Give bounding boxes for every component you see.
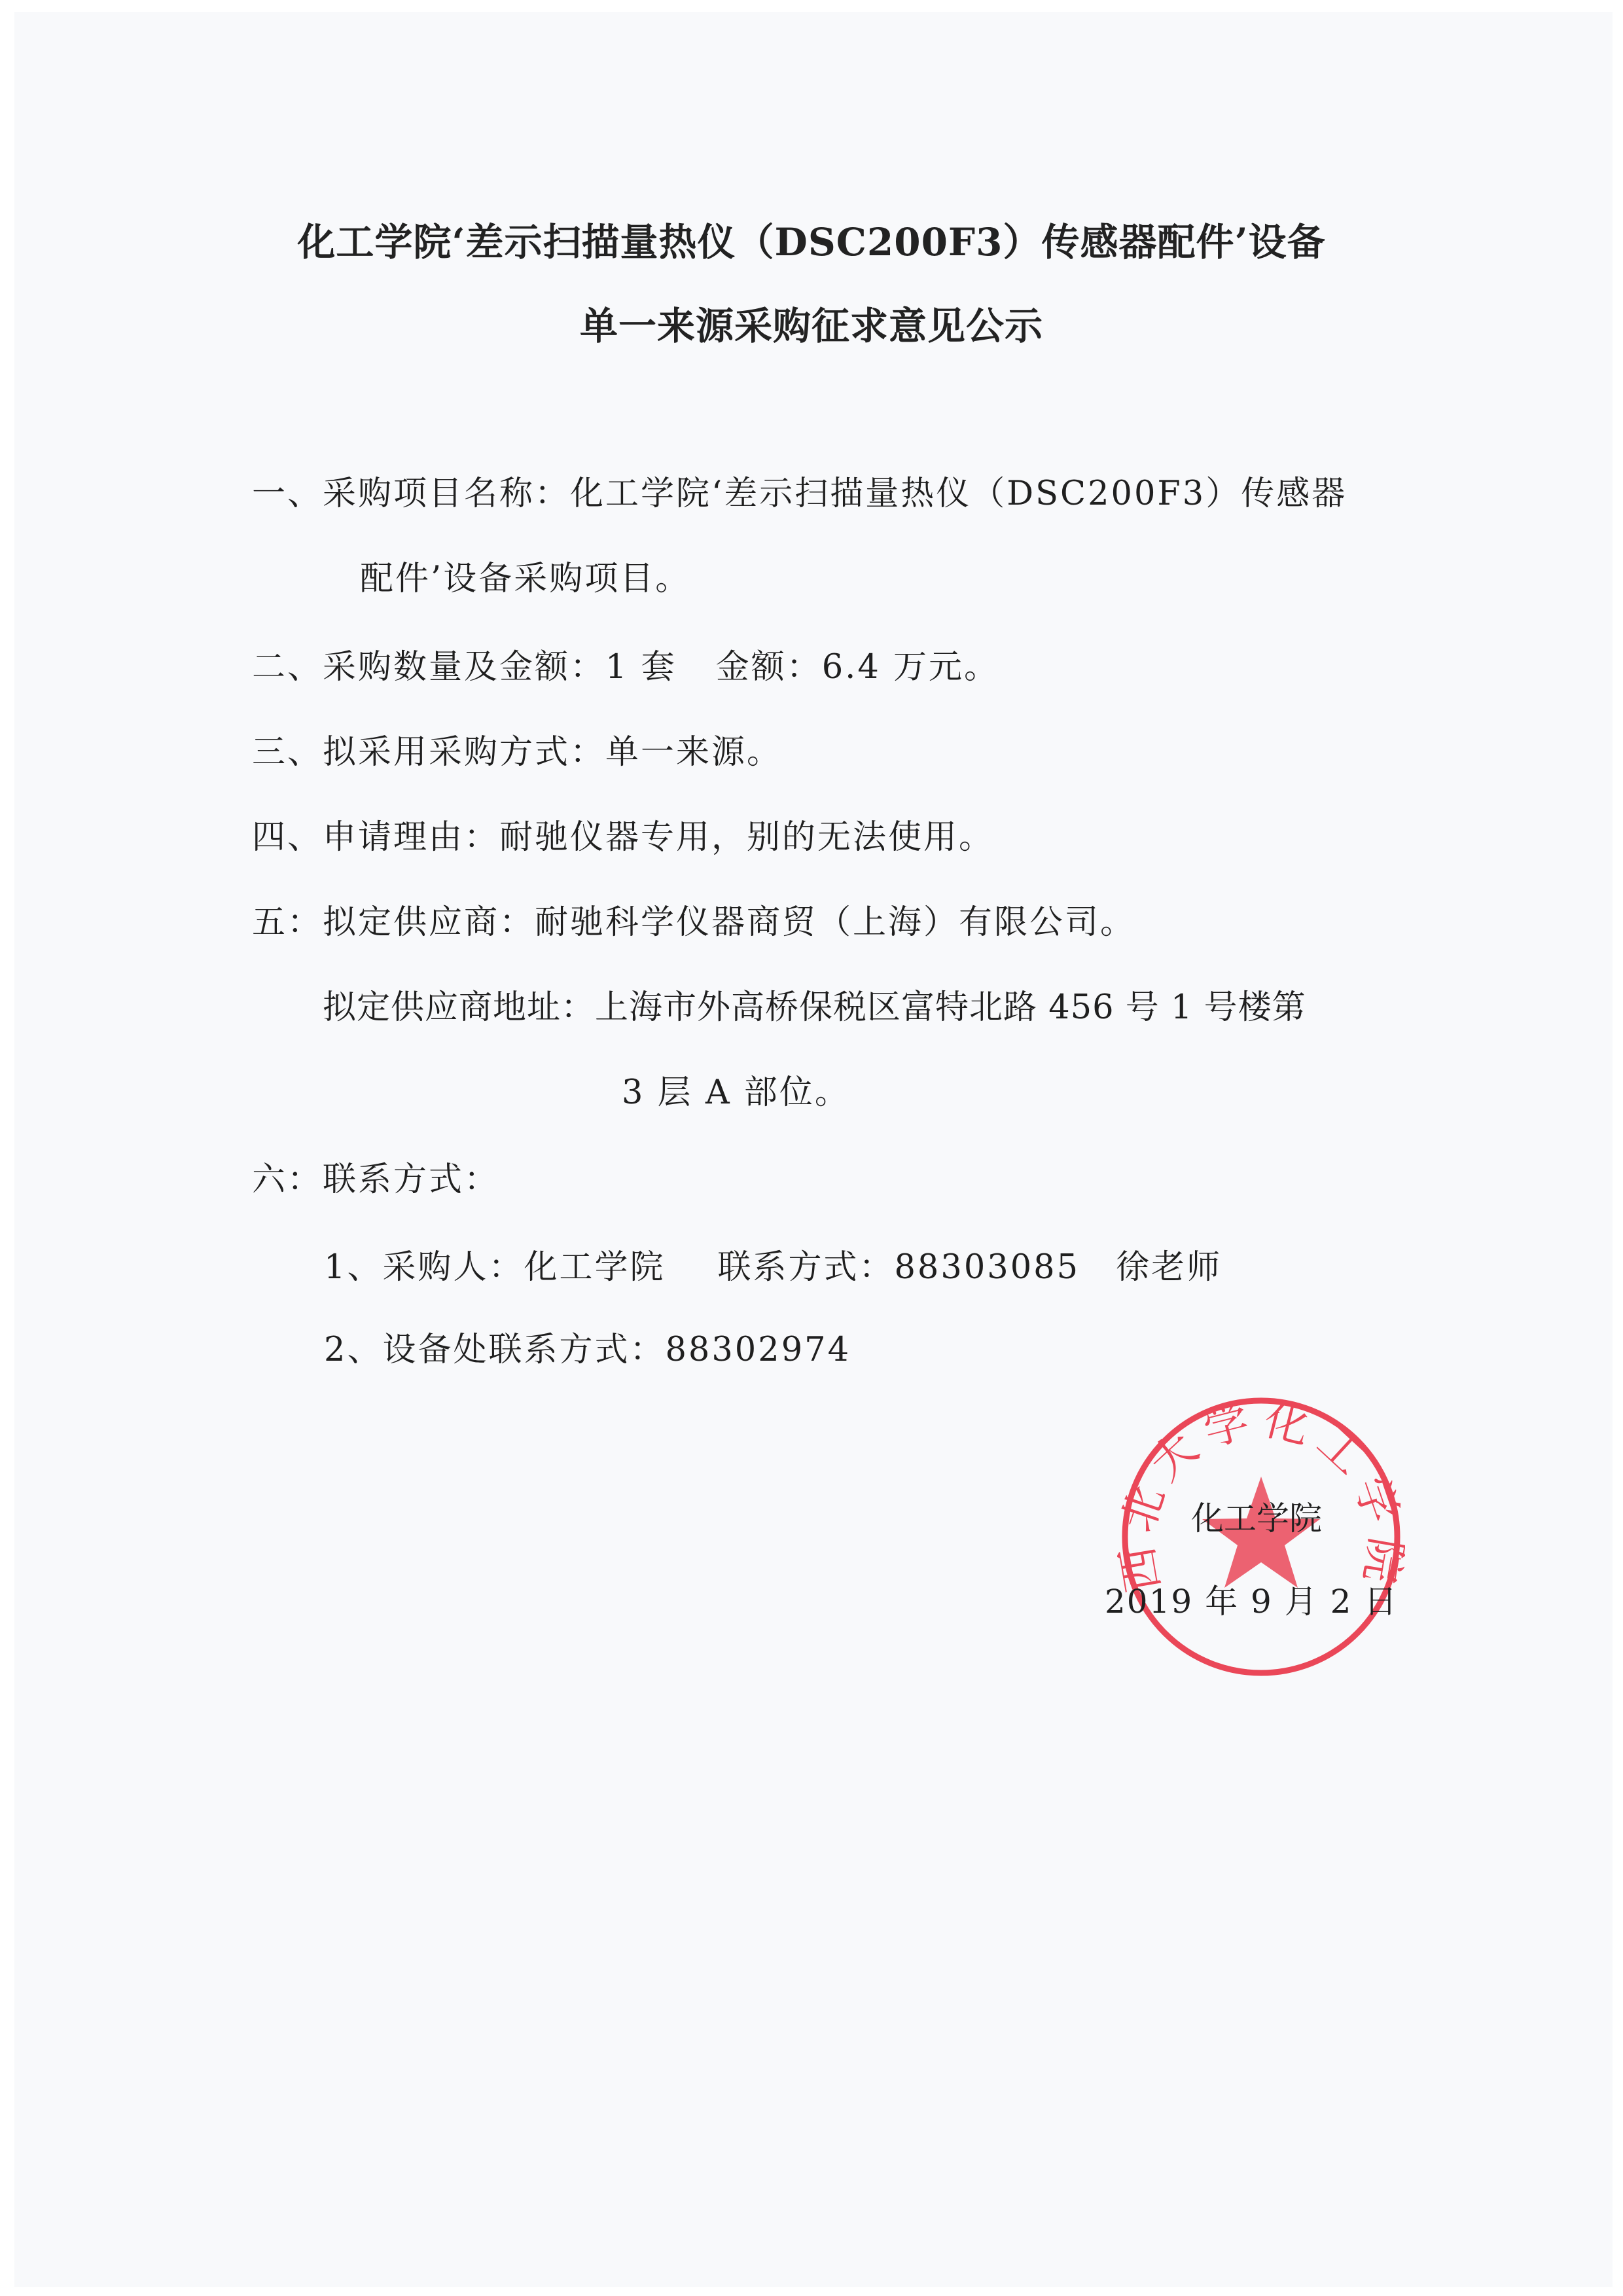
section-4: 四、申请理由：耐驰仪器专用，别的无法使用。 xyxy=(252,817,994,859)
section-4-text: 申请理由：耐驰仪器专用，别的无法使用。 xyxy=(323,818,994,857)
contact-1-label: 1、 xyxy=(324,1248,382,1287)
purchaser-phone: 联系方式：88303085 xyxy=(717,1248,1080,1287)
contact-purchaser: 1、采购人：化工学院联系方式：88303085徐老师 xyxy=(324,1247,1222,1289)
supplier-name: 拟定供应商：耐驰科学仪器商贸（上海）有限公司。 xyxy=(323,903,1135,942)
section-5: 五：拟定供应商：耐驰科学仪器商贸（上海）有限公司。 xyxy=(252,902,1135,944)
quantity-value: 1 套 xyxy=(605,648,677,687)
amount-label: 金额： xyxy=(716,648,822,687)
purchaser: 采购人：化工学院 xyxy=(382,1248,665,1287)
signature-date: 2019 年 9 月 2 日 xyxy=(1105,1582,1398,1621)
section-5-label: 五： xyxy=(252,903,323,942)
section-6-label: 六： xyxy=(252,1160,323,1199)
equipment-office-phone: 设备处联系方式：88302974 xyxy=(382,1331,851,1369)
section-6: 六：联系方式： xyxy=(252,1159,499,1201)
section-4-label: 四、 xyxy=(252,818,323,857)
signature-org: 化工学院 xyxy=(1191,1499,1322,1538)
amount-value: 6.4 万元。 xyxy=(822,648,999,687)
section-3-text: 拟采用采购方式：单一来源。 xyxy=(323,733,782,772)
section-1: 一、采购项目名称：化工学院‘差示扫描量热仪（DSC200F3）传感器 xyxy=(252,473,1347,515)
section-1-text: 采购项目名称：化工学院‘差示扫描量热仪（DSC200F3）传感器 xyxy=(323,475,1347,513)
contact-equipment-office: 2、设备处联系方式：88302974 xyxy=(324,1329,851,1371)
contact-person: 徐老师 xyxy=(1116,1248,1222,1287)
contact-2-label: 2、 xyxy=(324,1331,382,1369)
section-2-label: 二、 xyxy=(252,648,323,687)
supplier-address-line-1: 拟定供应商地址：上海市外高桥保税区富特北路 456 号 1 号楼第 xyxy=(323,987,1306,1029)
document-title-line-2: 单一来源采购征求意见公示 xyxy=(0,303,1623,349)
scanned-page xyxy=(14,12,1613,2287)
section-3: 三、拟采用采购方式：单一来源。 xyxy=(252,732,782,774)
supplier-address-line-2: 3 层 A 部位。 xyxy=(622,1072,850,1114)
section-2-field: 采购数量及金额： xyxy=(323,648,605,687)
document-title-line-1: 化工学院‘差示扫描量热仪（DSC200F3）传感器配件’设备 xyxy=(0,219,1623,265)
section-3-label: 三、 xyxy=(252,733,323,772)
section-1-continuation: 配件’设备采购项目。 xyxy=(360,558,690,600)
section-1-label: 一、 xyxy=(252,475,323,513)
section-2: 二、采购数量及金额：1 套金额：6.4 万元。 xyxy=(252,647,999,689)
section-6-text: 联系方式： xyxy=(323,1160,499,1199)
